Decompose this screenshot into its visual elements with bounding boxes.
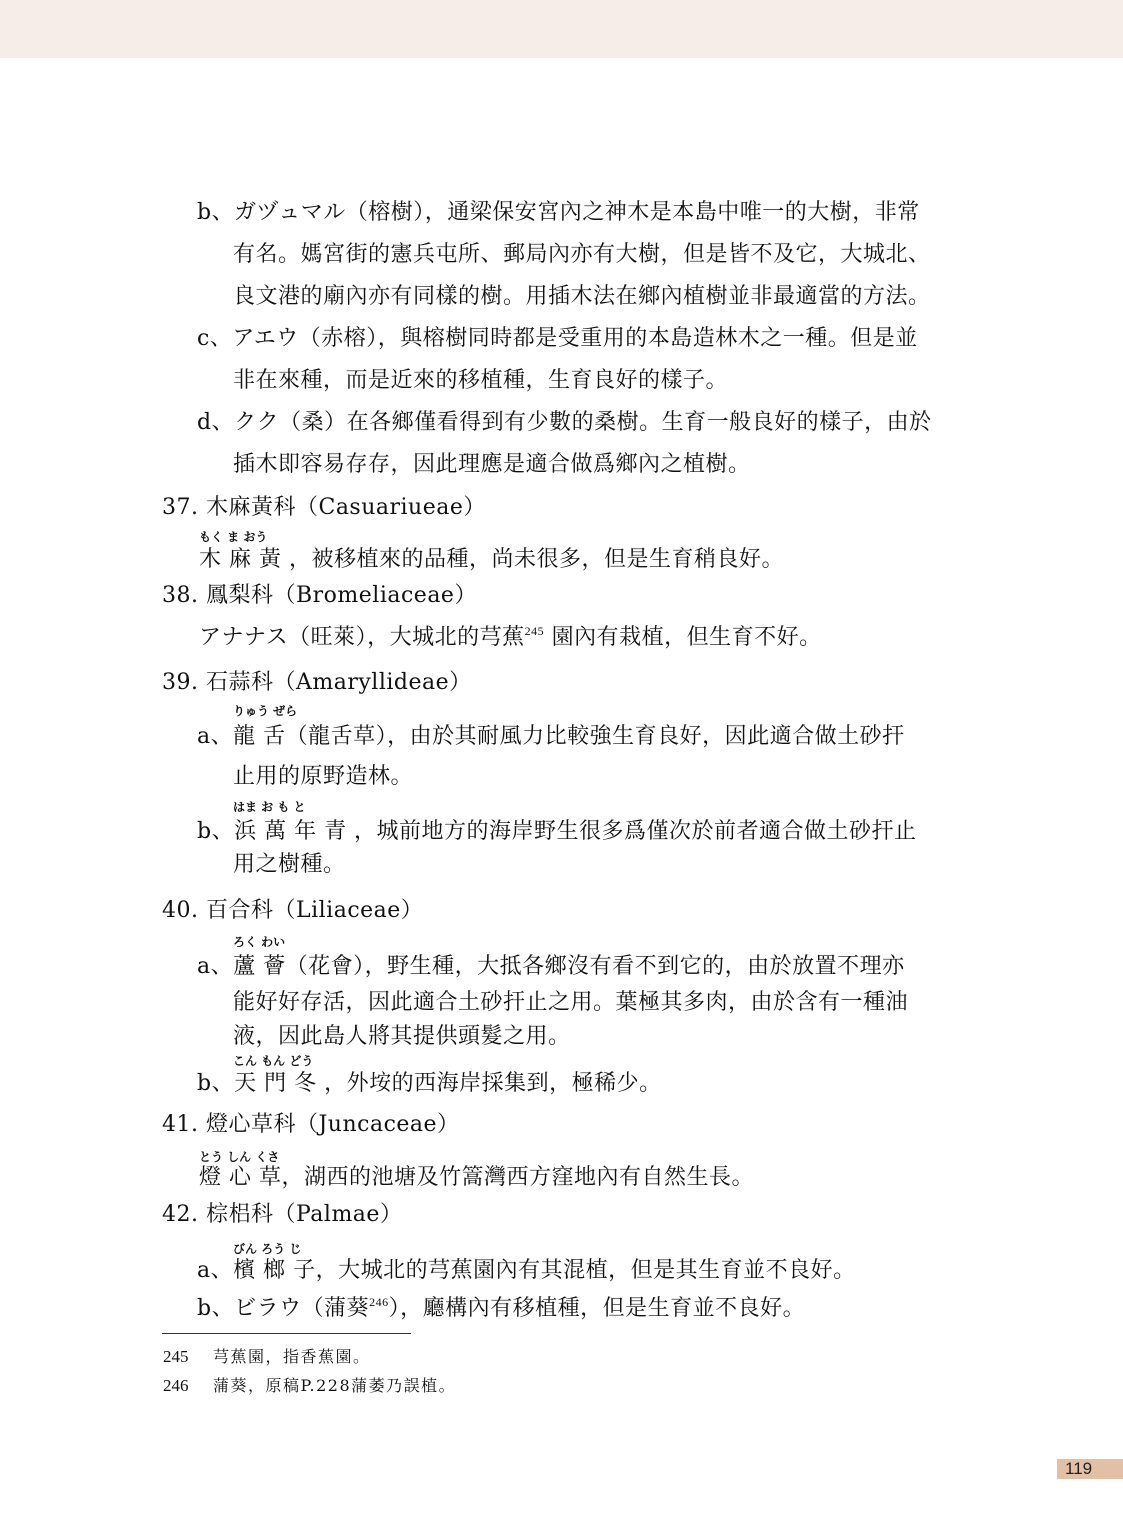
text-line: a、蘆 薈（花會），野生種，大抵各鄉沒有看不到它的，由於放置不理亦 — [197, 952, 905, 982]
footnote-ref-245[interactable]: 245 — [525, 624, 545, 638]
text-segment: アナナス（旺萊），大城北的芎蕉 — [199, 625, 525, 650]
ruby-annotation: ろく わい — [233, 935, 285, 949]
section-heading-39: 39. 石蒜科（Amaryllideae） — [162, 668, 472, 698]
text-line: 液，因此島人將其提供頭髮之用。 — [233, 1022, 571, 1052]
ruby-annotation: はま お も と — [233, 800, 306, 814]
text-segment: 園內有栽植，但生育不好。 — [544, 625, 822, 650]
footnote-divider — [162, 1333, 411, 1334]
footnote-number: 245 — [163, 1347, 213, 1367]
footnote-text: 芎蕉園，指香蕉園。 — [213, 1347, 371, 1366]
ruby-annotation: こん もん どう — [233, 1054, 313, 1068]
text-line: c、アエウ（赤榕），與榕樹同時都是受重用的本島造林木之一種。但是並 — [197, 324, 918, 354]
text-line: 用之樹種。 — [233, 850, 346, 880]
footnote-text: 蒲葵，原稿P.228蒲萎乃誤植。 — [213, 1376, 456, 1395]
text-line: b、ガヅュマル（榕樹），通梁保安宮內之神木是本島中唯一的大樹，非常 — [197, 198, 920, 228]
footnote-ref-246[interactable]: 246 — [369, 1295, 389, 1309]
footnote-245: 245芎蕉園，指香蕉園。 — [163, 1347, 371, 1367]
text-line: 能好好存活，因此適合土砂扞止之用。葉極其多肉，由於含有一種油 — [233, 988, 908, 1018]
text-line: 插木即容易存存，因此理應是適合做爲鄉內之植樹。 — [233, 450, 751, 480]
text-segment: ），廳構內有移植種，但是生育並不良好。 — [389, 1296, 806, 1321]
section-heading-40: 40. 百合科（Liliaceae） — [162, 896, 423, 926]
page-number: 119 — [1065, 1458, 1092, 1480]
text-line: d、クク（桑）在各鄉僅看得到有少數的桑樹。生育一般良好的樣子，由於 — [197, 408, 932, 438]
text-line: b、天 門 冬 ，外垵的西海岸採集到，極稀少。 — [197, 1069, 662, 1099]
text-line: 非在來種，而是近來的移植種，生育良好的樣子。 — [233, 366, 728, 396]
text-line: a、龍 舌（龍舌草），由於其耐風力比較強生育良好，因此適合做土砂扞 — [197, 722, 905, 752]
text-segment: b、ビラウ（蒲葵 — [197, 1296, 369, 1321]
section-heading-37: 37. 木麻黃科（Casuariueae） — [162, 493, 486, 523]
section-heading-41: 41. 燈心草科（Juncaceae） — [162, 1110, 460, 1140]
header-band — [0, 0, 1123, 58]
ruby-annotation: びん ろう じ — [233, 1242, 301, 1256]
text-line: 止用的原野造林。 — [233, 762, 413, 792]
text-line: 燈 心 草，湖西的池塘及竹篙灣西方窪地內有自然生長。 — [199, 1163, 754, 1193]
footnote-246: 246蒲葵，原稿P.228蒲萎乃誤植。 — [163, 1376, 456, 1396]
text-line: b、ビラウ（蒲葵246），廳構內有移植種，但是生育並不良好。 — [197, 1294, 805, 1324]
text-line: 有名。媽宮街的憲兵屯所、郵局內亦有大樹，但是皆不及它，大城北、 — [233, 240, 931, 270]
text-line: 良文港的廟內亦有同樣的樹。用插木法在鄉內植樹並非最適當的方法。 — [233, 282, 931, 312]
section-heading-42: 42. 棕梠科（Palmae） — [162, 1200, 402, 1230]
footnote-number: 246 — [163, 1376, 213, 1396]
ruby-annotation: とう しん くさ — [199, 1150, 279, 1164]
section-heading-38: 38. 鳳梨科（Bromeliaceae） — [162, 581, 477, 611]
ruby-annotation: りゅう ぜら — [233, 704, 297, 718]
text-line: a、檳 榔 子，大城北的芎蕉園內有其混植，但是其生育並不良好。 — [197, 1256, 856, 1286]
text-line: b、浜 萬 年 青 ，城前地方的海岸野生很多爲僅次於前者適合做土砂扞止 — [197, 817, 917, 847]
ruby-annotation: もく ま おう — [199, 530, 267, 544]
text-line: アナナス（旺萊），大城北的芎蕉245 園內有栽植，但生育不好。 — [199, 623, 822, 653]
text-line: 木 麻 黃 ，被移植來的品種，尚未很多，但是生育稍良好。 — [199, 545, 784, 575]
